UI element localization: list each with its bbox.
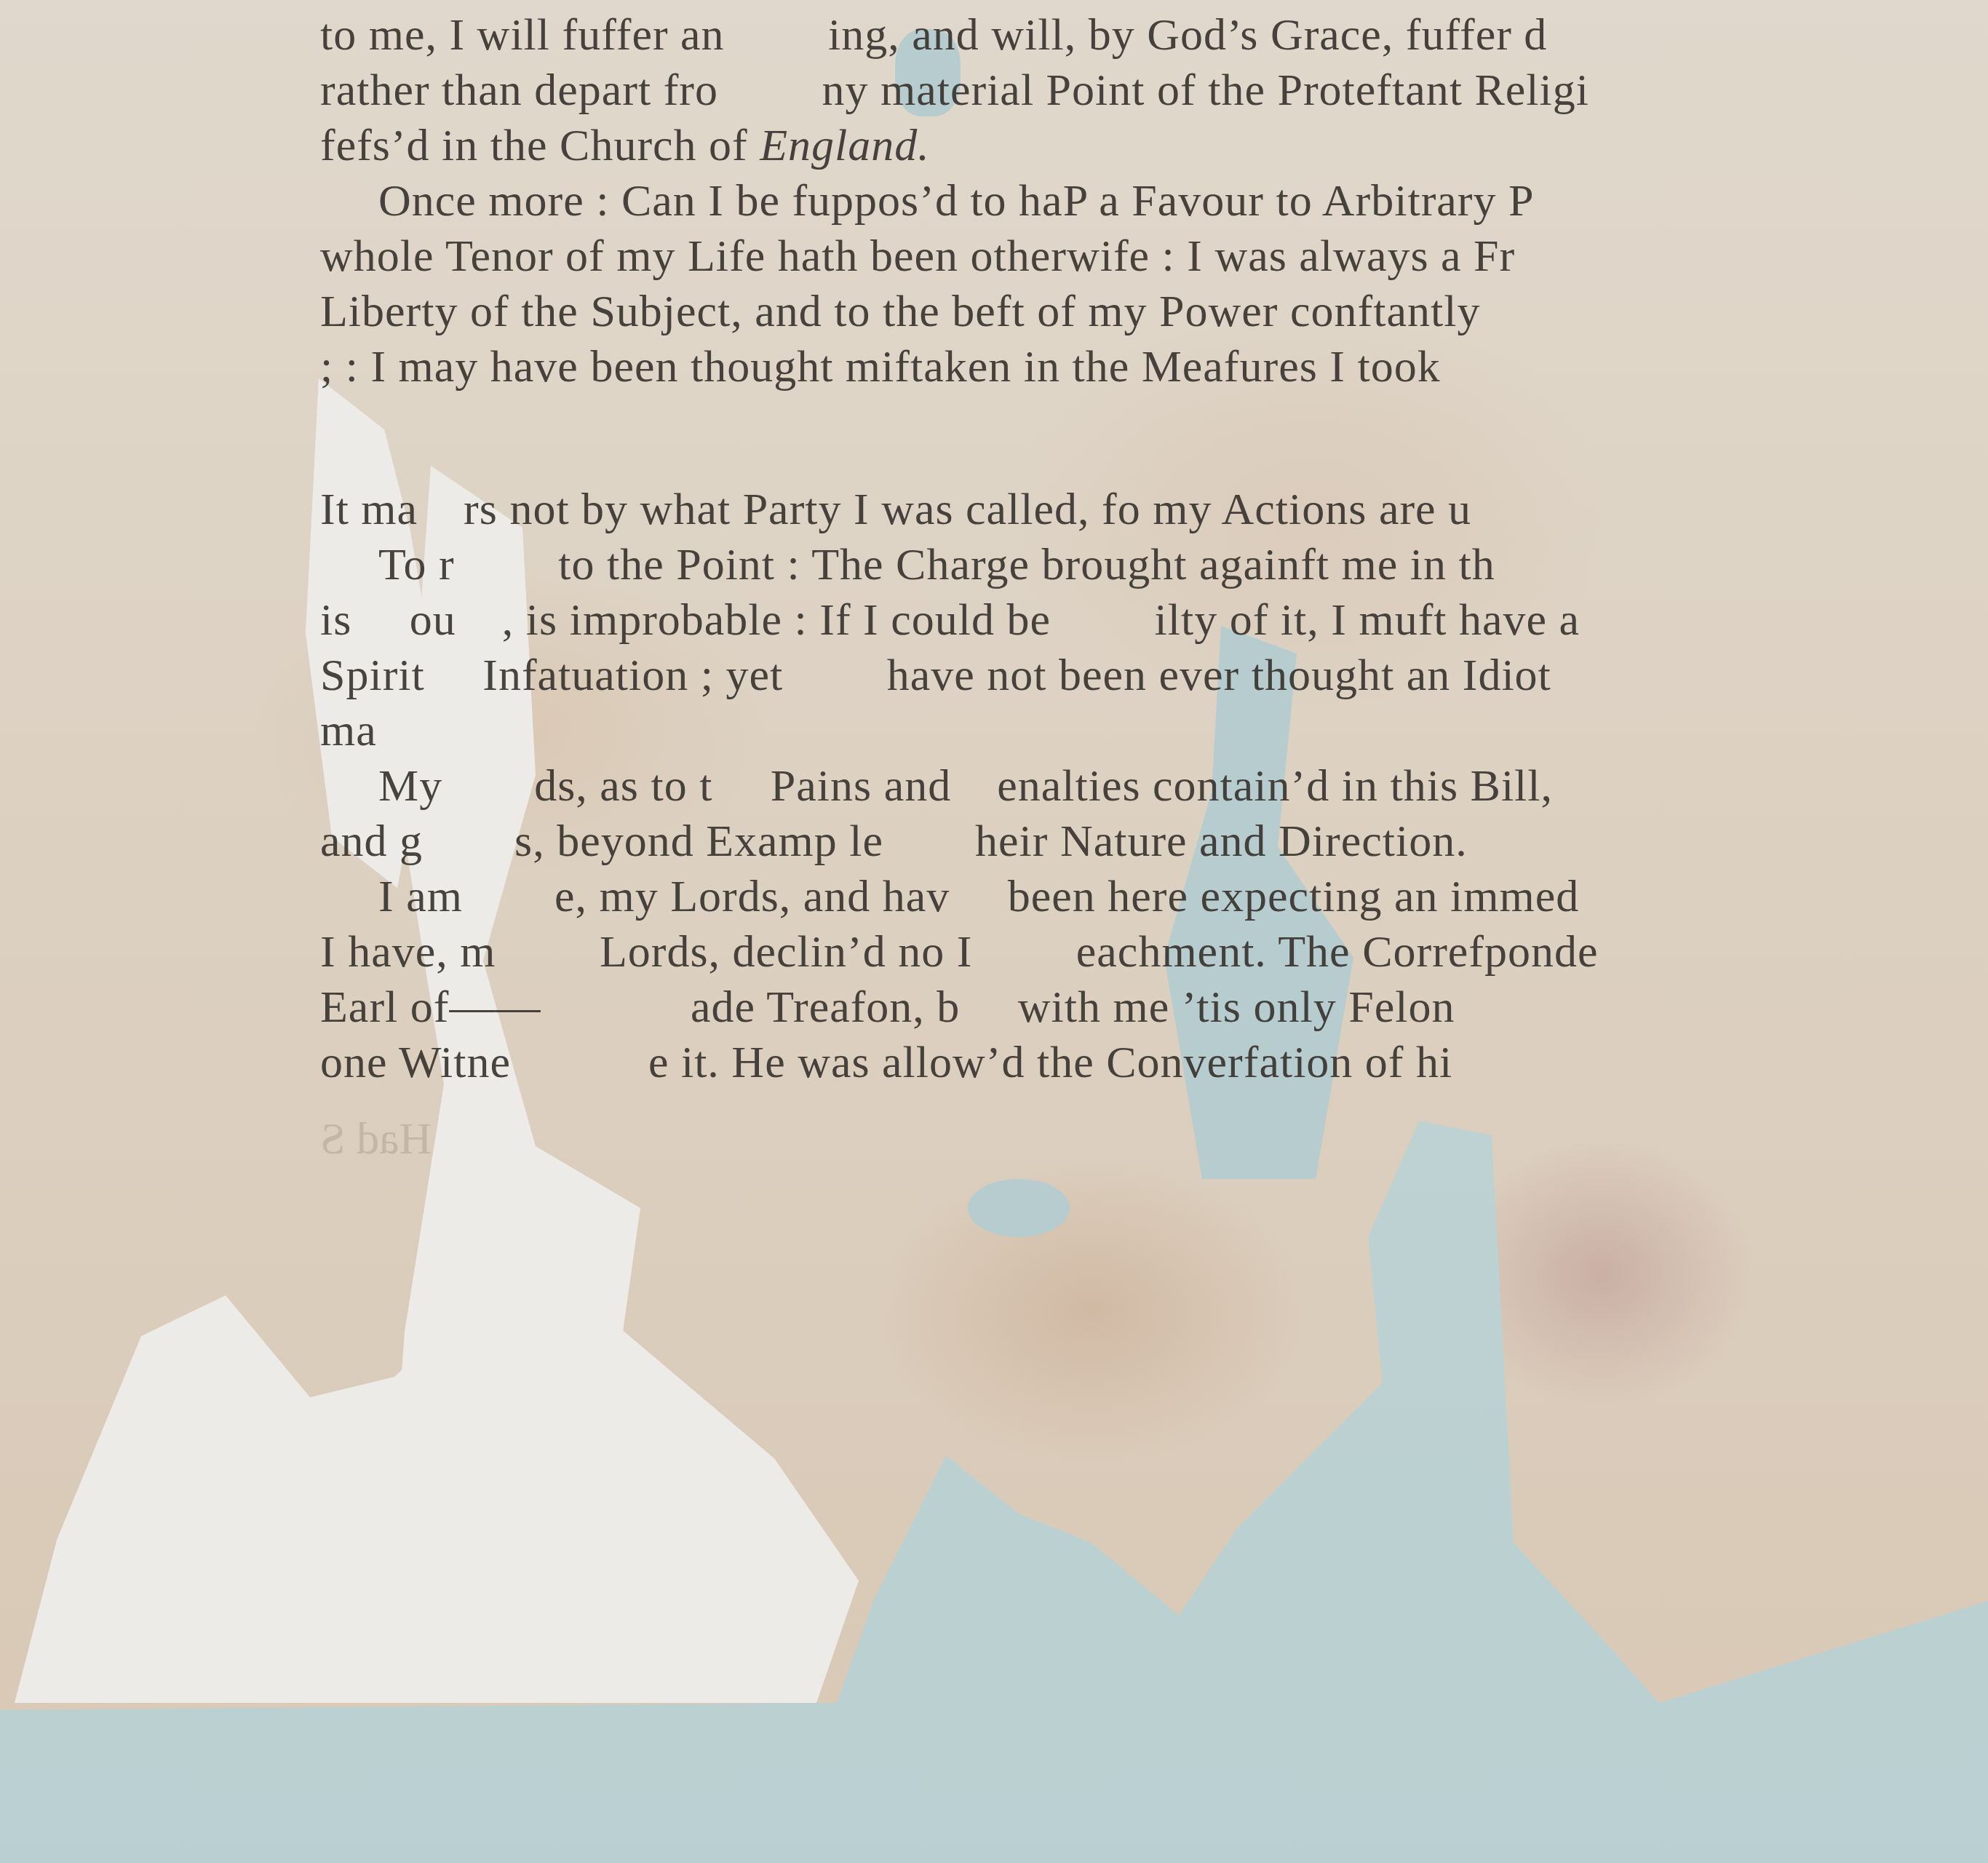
text-line: ; : I may have been thought miftaken in … [320, 339, 1988, 394]
show-through-text: Had S [320, 1113, 432, 1165]
text-line: rather than depart fro ny material Point… [320, 63, 1988, 118]
text-line: Once more : Can I be fuppos’d to haP a F… [320, 173, 1988, 229]
printed-text-block: to me, I will fuffer an ing, and will, b… [320, 7, 1988, 1090]
text-line: fefs’d in the Church of England. [320, 118, 1988, 173]
text-line: To r to the Point : The Charge brought a… [320, 537, 1988, 592]
text-line: ma [320, 703, 1988, 758]
text-line-main: fefs’d in the Church of [320, 121, 748, 170]
text-line: Liberty of the Subject, and to the beft … [320, 284, 1988, 339]
text-line: one Witne e it. He was allow’d the Conve… [320, 1035, 1988, 1090]
paper-loss-lower [968, 1179, 1070, 1237]
text-line-italic: England. [760, 121, 930, 170]
text-line: My ds, as to t Pains and enalties contai… [320, 758, 1988, 814]
text-line: and g s, beyond Examp le heir Nature and… [320, 814, 1988, 869]
text-line: Spirit Infatuation ; yet have not been e… [320, 648, 1988, 703]
text-line: Earl of—— ade Treafon, b with me ’tis on… [320, 980, 1988, 1035]
text-line-gap [320, 394, 1988, 482]
text-line: to me, I will fuffer an ing, and will, b… [320, 7, 1988, 63]
text-line: I have, m Lords, declin’d no I eachment.… [320, 924, 1988, 980]
text-line: I am e, my Lords, and hav been here expe… [320, 869, 1988, 924]
text-line: It ma rs not by what Party I was called,… [320, 482, 1988, 537]
text-line: whole Tenor of my Life hath been otherwi… [320, 229, 1988, 284]
text-line: is ou , is improbable : If I could be il… [320, 592, 1988, 648]
